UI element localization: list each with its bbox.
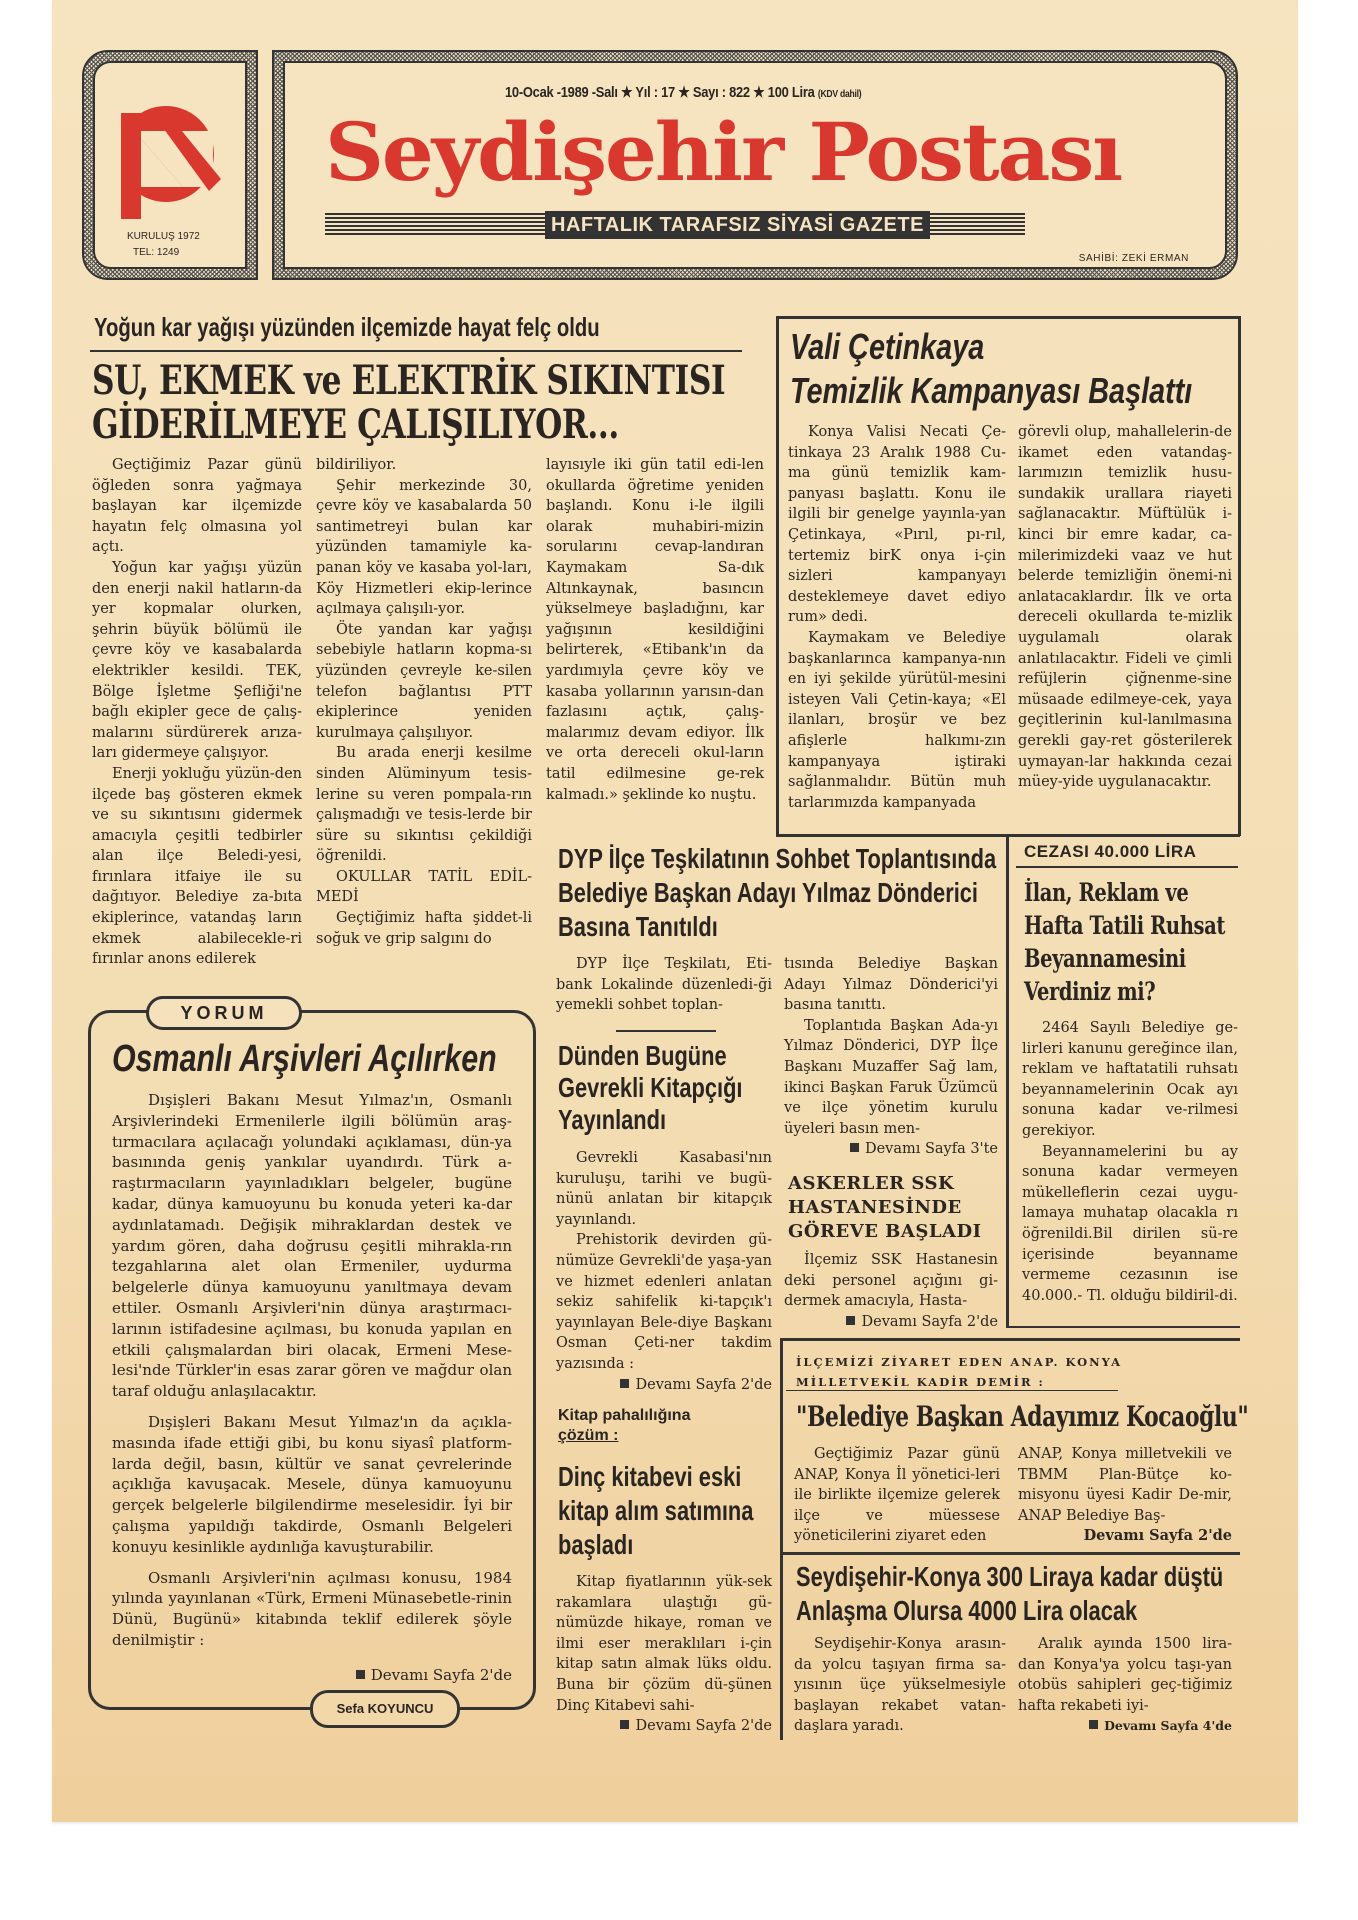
konya-continued-link[interactable]: Devamı Sayfa 4'de: [1018, 1716, 1232, 1737]
box-border-right: [1238, 316, 1241, 836]
dyp-headline-line2: Belediye Başkan Adayı Yılmaz Dönderici: [558, 876, 978, 910]
vali-column-2: görevli olup, mahallelerin-de ikamet ede…: [1018, 422, 1232, 793]
kitap-body: Kitap fiyatlarının yük-sek rakamlara ula…: [556, 1572, 772, 1737]
kitap-kicker: Kitap pahalılığına çözüm :: [558, 1406, 690, 1446]
vali-column-1: Konya Valisi Necati Çe-tinkaya 23 Aralık…: [788, 422, 1006, 813]
lead-column-1: Geçtiğimiz Pazar günü öğleden sonra yağm…: [92, 455, 302, 970]
newspaper-title: Seydişehir Postası: [325, 107, 1121, 197]
yorum-headline: Osmanlı Arşivleri Açılırken: [112, 1036, 497, 1082]
gevrekli-body: Gevrekli Kasabasi'nın kuruluşu, tarihi v…: [556, 1148, 772, 1395]
bullet-square-icon: [850, 1143, 859, 1152]
bullet-square-icon: [1089, 1720, 1098, 1729]
askerler-body: İlçemiz SSK Hastanesin deki personel açı…: [784, 1250, 998, 1332]
anap-column-2: ANAP, Konya milletvekili ve TBMM Plan-Bü…: [1018, 1444, 1232, 1547]
askerler-headline: ASKERLER SSK HASTANESİNDE GÖREVE BAŞLADI: [788, 1172, 982, 1244]
vali-headline-line2: Temizlik Kampanyası Başlattı: [790, 370, 1192, 412]
ceza-headline: İlan, Reklam ve Hafta Tatili Ruhsat Beya…: [1024, 876, 1225, 1008]
askerler-continued-link[interactable]: Devamı Sayfa 2'de: [784, 1312, 998, 1333]
owner-credit: SAHİBİ: ZEKİ ERMAN: [1079, 253, 1189, 264]
dyp-column-1: DYP İlçe Teşkilatı, Eti-bank Lokalinde d…: [556, 954, 772, 1016]
kitap-headline: Dinç kitabevi eski kitap alım satımına b…: [558, 1460, 753, 1562]
gevrekli-headline-line1: Dünden Bugüne: [558, 1040, 727, 1072]
lead-headline-line2: GİDERİLMEYE ÇALIŞILIYOR...: [92, 402, 619, 448]
yorum-author: Sefa KOYUNCU: [310, 1690, 460, 1728]
box-border-left: [776, 316, 779, 836]
konya-headline-line2: Anlaşma Olursa 4000 Lira olacak: [796, 1594, 1137, 1628]
short-divider: [616, 1030, 716, 1032]
divider: [786, 1390, 1118, 1391]
anap-kicker: İLÇEMİZİ ZİYARET EDEN ANAP. KONYA MİLLET…: [796, 1352, 1122, 1392]
gevrekli-continued-link[interactable]: Devamı Sayfa 2'de: [556, 1375, 772, 1396]
dyp-headline-line1: DYP İlçe Teşkilatının Sohbet Toplantısın…: [558, 842, 996, 876]
column-divider: [1006, 836, 1009, 1326]
dateline: 10-Ocak -1989 -Salı ★ Yıl : 17 ★ Sayı : …: [505, 83, 861, 101]
divider: [780, 1338, 1240, 1341]
konya-headline-line1: Seydişehir-Konya 300 Liraya kadar düştü: [796, 1560, 1223, 1594]
dyp-headline-line3: Basına Tanıtıldı: [558, 910, 718, 944]
lead-kicker: Yoğun kar yağışı yüzünden ilçemizde haya…: [94, 312, 600, 343]
konya-column-1: Seydişehir-Konya arasın-da yolcu taşıyan…: [794, 1634, 1006, 1737]
bullet-square-icon: [620, 1379, 629, 1388]
anap-continued-link[interactable]: Devamı Sayfa 2'de: [1018, 1526, 1232, 1547]
logo-frame: KURULUŞ 1972 TEL: 1249: [82, 50, 258, 280]
phone-number: TEL: 1249: [133, 247, 179, 258]
ceza-kicker: CEZASI 40.000 LİRA: [1024, 842, 1196, 862]
dyp-continued-link[interactable]: Devamı Sayfa 3'te: [784, 1139, 998, 1160]
gevrekli-headline-line3: Yayınlandı: [558, 1104, 666, 1136]
lead-headline-line1: SU, EKMEK ve ELEKTRİK SIKINTISI: [92, 358, 725, 404]
column-divider: [780, 1340, 783, 1740]
konya-column-2: Aralık ayında 1500 lira-dan Konya'ya yol…: [1018, 1634, 1232, 1737]
lead-column-2: bildiriliyor. Şehir merkezinde 30, çevre…: [316, 455, 532, 949]
vali-headline-line1: Vali Çetinkaya: [790, 326, 984, 368]
dyp-column-2: tısında Belediye Başkan Adayı Yılmaz Dön…: [784, 954, 998, 1160]
lead-column-3: layısıyle iki gün tatil edi-len okullard…: [546, 455, 764, 805]
yorum-label: YORUM: [146, 996, 302, 1030]
bullet-square-icon: [356, 1670, 365, 1679]
divider: [780, 1552, 1240, 1555]
ceza-body: 2464 Sayılı Belediye ge-lirleri kanunu g…: [1022, 1018, 1238, 1306]
anap-column-1: Geçtiğimiz Pazar günü ANAP, Konya İl yön…: [794, 1444, 1000, 1547]
divider: [1006, 1326, 1240, 1328]
kitap-continued-link[interactable]: Devamı Sayfa 2'de: [556, 1716, 772, 1737]
box-border-top: [776, 316, 1240, 319]
divider: [1016, 866, 1238, 868]
founded-year: KURULUŞ 1972: [127, 231, 200, 242]
bullet-square-icon: [620, 1720, 629, 1729]
yorum-body: Dışişleri Bakanı Mesut Yılmaz'ın, Osmanl…: [112, 1090, 512, 1686]
divider: [90, 350, 742, 352]
yorum-continued-link[interactable]: Devamı Sayfa 2'de: [112, 1665, 512, 1686]
ps-logo-icon: [113, 91, 233, 226]
masthead-frame: 10-Ocak -1989 -Salı ★ Yıl : 17 ★ Sayı : …: [272, 50, 1238, 280]
gevrekli-headline-line2: Gevrekli Kitapçığı: [558, 1072, 743, 1104]
bullet-square-icon: [846, 1316, 855, 1325]
tagline: HAFTALIK TARAFSIZ SİYASİ GAZETE: [545, 211, 930, 239]
anap-headline: "Belediye Başkan Adayımız Kocaoğlu": [796, 1400, 1248, 1434]
